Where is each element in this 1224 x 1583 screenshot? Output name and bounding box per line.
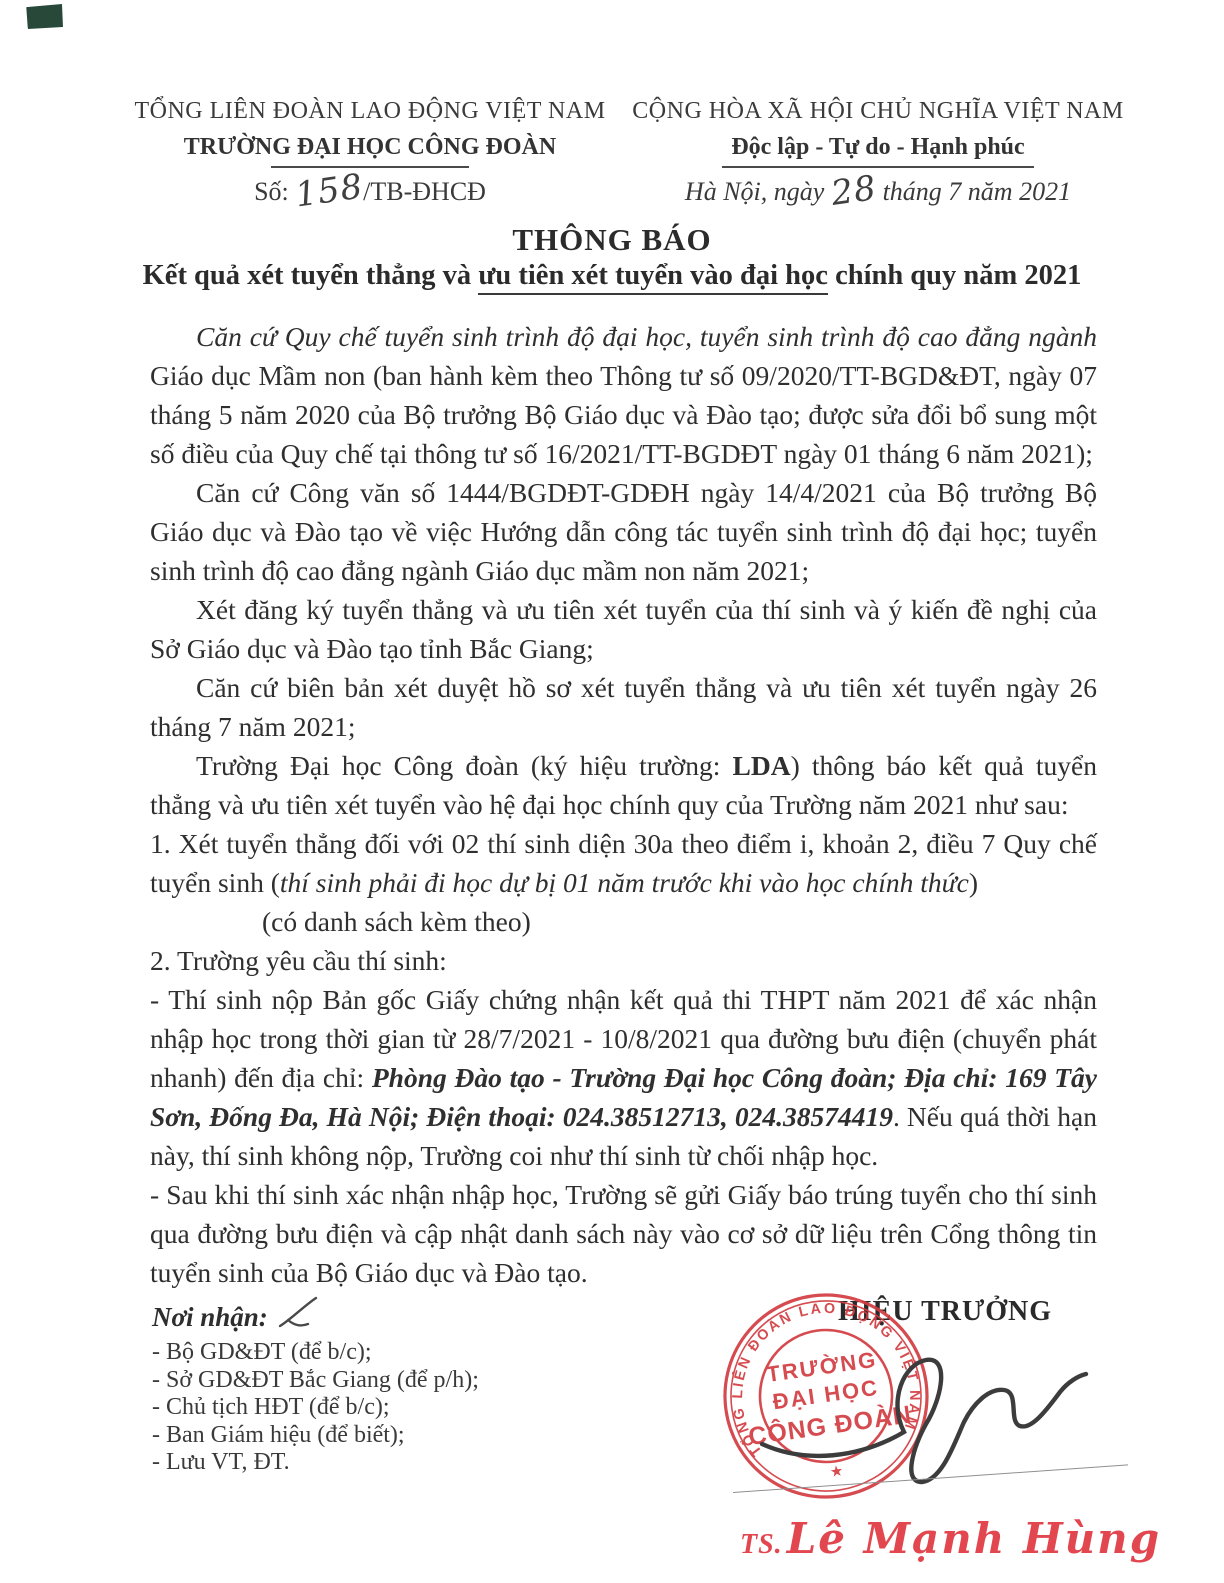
paragraph-legal-basis-2: Căn cứ Công văn số 1444/BGDĐT-GDĐH ngày … (150, 473, 1097, 590)
signer-degree-prefix: TS. (740, 1529, 783, 1560)
paragraph-legal-basis-3: Xét đăng ký tuyển thẳng và ưu tiên xét t… (150, 590, 1097, 668)
subtitle-post: chính quy năm 2021 (828, 260, 1081, 291)
paragraph-legal-basis-1: Căn cứ Quy chế tuyển sinh trình độ đại h… (150, 317, 1097, 473)
paragraph-item-1: 1. Xét tuyển thẳng đối với 02 thí sinh d… (150, 824, 1097, 902)
issue-date: Hà Nội, ngày 28 tháng 7 năm 2021 (628, 176, 1128, 209)
document-number: Số: 158/TB-ĐHCĐ (130, 176, 610, 209)
p1-regular-part: Giáo dục Mầm non (ban hành kèm theo Thôn… (150, 360, 1097, 469)
scan-corner-artifact (24, 1, 66, 33)
recipient-item: - Sở GD&ĐT Bắc Giang (để p/h); (152, 1367, 582, 1395)
signer-name-block: TS. Lê Mạnh Hùng (740, 1514, 1140, 1563)
paragraph-requirement-2: - Sau khi thí sinh xác nhận nhập học, Tr… (150, 1175, 1097, 1292)
motto-line2: Độc lập - Tự do - Hạnh phúc (628, 132, 1128, 162)
paragraph-item-2: 2. Trường yêu cầu thí sinh: (150, 941, 1097, 980)
document-title: THÔNG BÁO (0, 222, 1224, 258)
paragraph-announcement: Trường Đại học Công đoàn (ký hiệu trường… (150, 746, 1097, 824)
p5-pre: Trường Đại học Công đoàn (ký hiệu trường… (196, 750, 733, 781)
recipients-label-row: Nơi nhận: (152, 1296, 582, 1333)
header-issuing-org: TỔNG LIÊN ĐOÀN LAO ĐỘNG VIỆT NAM TRƯỜNG … (130, 96, 610, 209)
p5-school-code: LDA (733, 750, 791, 781)
doc-number-suffix: /TB-ĐHCĐ (363, 177, 486, 206)
p6-post: ) (969, 867, 978, 898)
recipient-item: - Lưu VT, ĐT. (152, 1449, 582, 1477)
doc-number-prefix: Số: (254, 177, 289, 206)
date-suffix: tháng 7 năm 2021 (876, 177, 1071, 206)
date-prefix: Hà Nội, ngày (685, 177, 831, 206)
p1-italic-part: Căn cứ Quy chế tuyển sinh trình độ đại h… (196, 321, 1097, 352)
org-name: TRƯỜNG ĐẠI HỌC CÔNG ĐOÀN (130, 132, 610, 162)
org-parent-name: TỔNG LIÊN ĐOÀN LAO ĐỘNG VIỆT NAM (130, 96, 610, 126)
recipients-block: Nơi nhận: - Bộ GD&ĐT (để b/c); - Sở GD&Đ… (152, 1296, 582, 1477)
document-body: Căn cứ Quy chế tuyển sinh trình độ đại h… (150, 317, 1097, 1292)
subtitle-underlined-part: ưu tiên xét tuyển vào đại học (478, 260, 828, 295)
signer-name: Lê Mạnh Hùng (787, 1514, 1161, 1563)
recipient-item: - Bộ GD&ĐT (để b/c); (152, 1339, 582, 1367)
recipient-list: - Bộ GD&ĐT (để b/c); - Sở GD&ĐT Bắc Gian… (152, 1339, 582, 1477)
recipients-label: Nơi nhận: (152, 1302, 268, 1332)
signature-stroke (756, 1336, 1092, 1486)
p6-italic-note: thí sinh phải đi học dự bị 01 năm trước … (280, 867, 969, 898)
date-day-handwritten: 28 (830, 178, 878, 204)
header-national-motto: CỘNG HÒA XÃ HỘI CHỦ NGHĨA VIỆT NAM Độc l… (628, 96, 1128, 209)
org-name-underline (271, 166, 469, 168)
subtitle-pre: Kết quả xét tuyển thẳng và (143, 260, 479, 291)
motto-line1: CỘNG HÒA XÃ HỘI CHỦ NGHĨA VIỆT NAM (628, 96, 1128, 126)
document-subtitle: Kết quả xét tuyển thẳng và ưu tiên xét t… (0, 260, 1224, 292)
recipient-item: - Ban Giám hiệu (để biết); (152, 1422, 582, 1450)
paragraph-legal-basis-4: Căn cứ biên bản xét duyệt hồ sơ xét tuyể… (150, 668, 1097, 746)
motto-underline (722, 166, 1034, 168)
handwritten-signature (756, 1336, 1092, 1486)
paragraph-attachment-note: (có danh sách kèm theo) (150, 902, 1097, 941)
doc-number-handwritten: 158 (294, 176, 364, 205)
paragraph-requirement-1: - Thí sinh nộp Bản gốc Giấy chứng nhận k… (150, 980, 1097, 1175)
document-page: { "header": { "left": { "org_parent": "T… (0, 0, 1224, 1583)
recipient-item: - Chủ tịch HĐT (để b/c); (152, 1394, 582, 1422)
handwritten-tick-icon (274, 1296, 320, 1330)
